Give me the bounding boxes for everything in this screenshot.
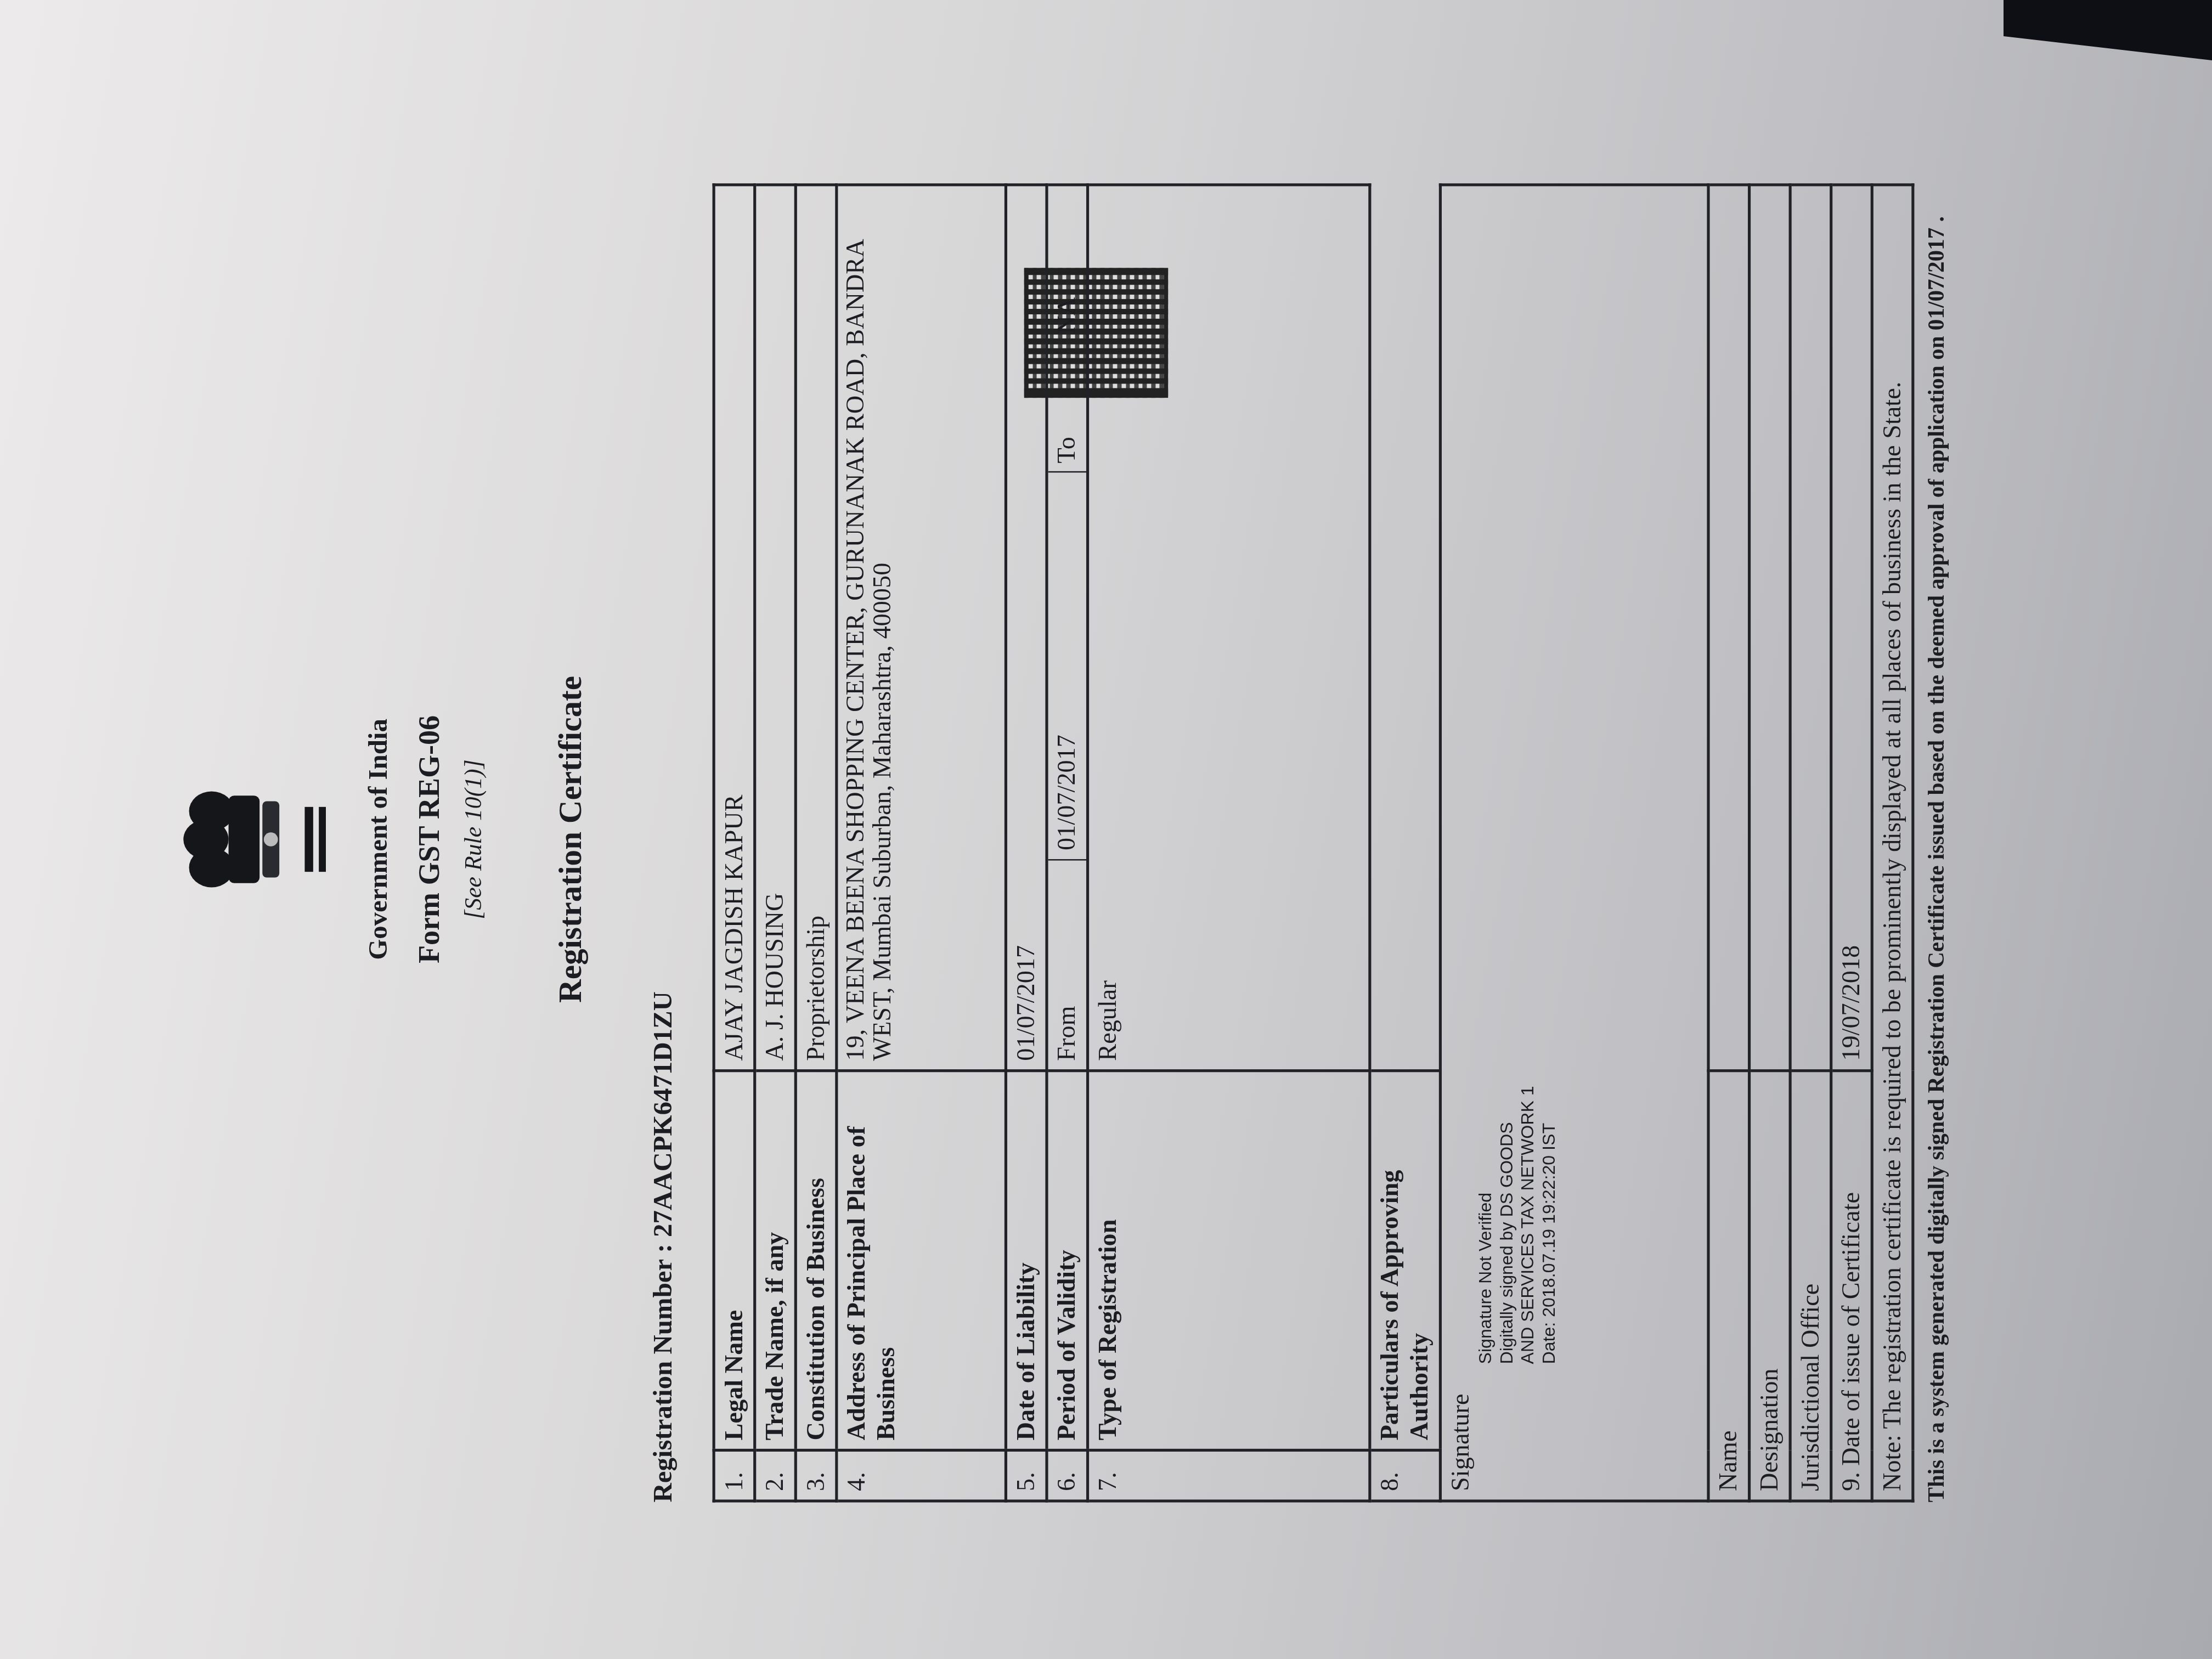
signature-status: Signature Not Verified — [1476, 195, 1497, 1364]
validity-cell: From 01/07/2017 To NA — [1047, 185, 1088, 1071]
row-label: Particulars of Approving Authority — [1370, 1071, 1441, 1451]
table-row: 8. Particulars of Approving Authority — [1370, 185, 1441, 1501]
registration-number-label: Registration Number : — [649, 1244, 679, 1502]
signature-label: Signature — [1446, 195, 1476, 1491]
page-title: Registration Certificate — [553, 134, 590, 1544]
government-heading: Government of India — [364, 134, 395, 1544]
authority-designation-label: Designation — [1750, 1071, 1791, 1501]
validity-to-value: NA — [1048, 186, 1086, 343]
row-number: 2. — [755, 1450, 796, 1501]
row-label: Address of Principal Place of Business — [837, 1071, 1006, 1451]
table-row: Name — [1708, 185, 1750, 1501]
form-heading: Form GST REG-06 — [412, 134, 447, 1544]
table-row: 9. Date of issue of Certificate 19/07/20… — [1831, 185, 1872, 1501]
signature-date: Date: 2018.07.19 19:22:20 IST — [1539, 195, 1560, 1364]
table-row: 1. Legal Name AJAY JAGDISH KAPUR — [714, 185, 755, 1501]
table-row: 3. Constitution of Business Proprietorsh… — [795, 185, 837, 1501]
row-label: Type of Registration — [1088, 1071, 1370, 1451]
row-number: 8. — [1370, 1450, 1441, 1501]
row-number: 1. — [714, 1450, 755, 1501]
issue-date-value: 19/07/2018 — [1831, 185, 1872, 1071]
registration-certificate-document: Government of India Form GST REG-06 [See… — [155, 134, 1961, 1544]
registration-type-cell: Regular — [1088, 185, 1370, 1071]
row-label: Period of Validity — [1047, 1071, 1088, 1451]
rule-reference: [See Rule 10(1)] — [460, 134, 488, 1544]
qr-code — [1024, 268, 1168, 398]
legal-name-value: AJAY JAGDISH KAPUR — [714, 185, 755, 1071]
trade-name-value: A. J. HOUSING — [755, 185, 796, 1071]
table-row: Designation — [1750, 185, 1791, 1501]
row-label: Date of Liability — [1006, 1071, 1047, 1451]
registration-number: Registration Number : 27AACPK6471D1ZU — [649, 991, 680, 1502]
jurisdictional-office-label: Jurisdictional Office — [1790, 1071, 1831, 1501]
screen: Government of India Form GST REG-06 [See… — [0, 0, 2212, 1659]
address-value: 19, VEENA BEENA SHOPPING CENTER, GURUNAN… — [837, 185, 1006, 1071]
table-row: 2. Trade Name, if any A. J. HOUSING — [755, 185, 796, 1501]
footer-text: This is a system generated digitally sig… — [1926, 216, 1951, 1502]
signature-row: Signature Signature Not Verified Digital… — [1440, 185, 1708, 1501]
signed-by-line-2: AND SERVICES TAX NETWORK 1 — [1518, 195, 1539, 1364]
row-number: 5. — [1006, 1450, 1047, 1501]
signed-by-line-1: Digitally signed by DS GOODS — [1497, 195, 1518, 1364]
row-label: Legal Name — [714, 1071, 755, 1451]
national-emblem-icon — [180, 776, 338, 902]
authority-name-label: Name — [1708, 1071, 1750, 1501]
note-row: Note: The registration certificate is re… — [1872, 185, 1913, 1501]
registration-number-value: 27AACPK6471D1ZU — [649, 991, 679, 1237]
validity-from-value: 01/07/2017 — [1048, 472, 1086, 860]
empty-cell — [1370, 185, 1441, 1071]
authority-name-value — [1708, 185, 1750, 1071]
digital-signature-block: Signature Not Verified Digitally signed … — [1476, 195, 1560, 1364]
note-text: Note: The registration certificate is re… — [1872, 185, 1913, 1501]
row-number: 7. — [1088, 1450, 1370, 1501]
certificate-table: 1. Legal Name AJAY JAGDISH KAPUR 2. Trad… — [713, 183, 1915, 1502]
validity-from-label: From — [1048, 860, 1086, 1069]
row-number: 3. — [795, 1450, 837, 1501]
row-label: Constitution of Business — [795, 1071, 837, 1451]
table-row: 4. Address of Principal Place of Busines… — [837, 185, 1006, 1501]
issue-date-label: 9. Date of issue of Certificate — [1831, 1071, 1872, 1501]
constitution-value: Proprietorship — [795, 185, 837, 1071]
authority-designation-value — [1750, 185, 1791, 1071]
row-number: 6. — [1047, 1450, 1088, 1501]
jurisdictional-office-value — [1790, 185, 1831, 1071]
row-label: Trade Name, if any — [755, 1071, 796, 1451]
row-number: 4. — [837, 1450, 1006, 1501]
table-row: 7. Type of Registration Regular — [1088, 185, 1370, 1501]
table-row: Jurisdictional Office — [1790, 185, 1831, 1501]
signature-cell: Signature Signature Not Verified Digital… — [1440, 185, 1708, 1501]
